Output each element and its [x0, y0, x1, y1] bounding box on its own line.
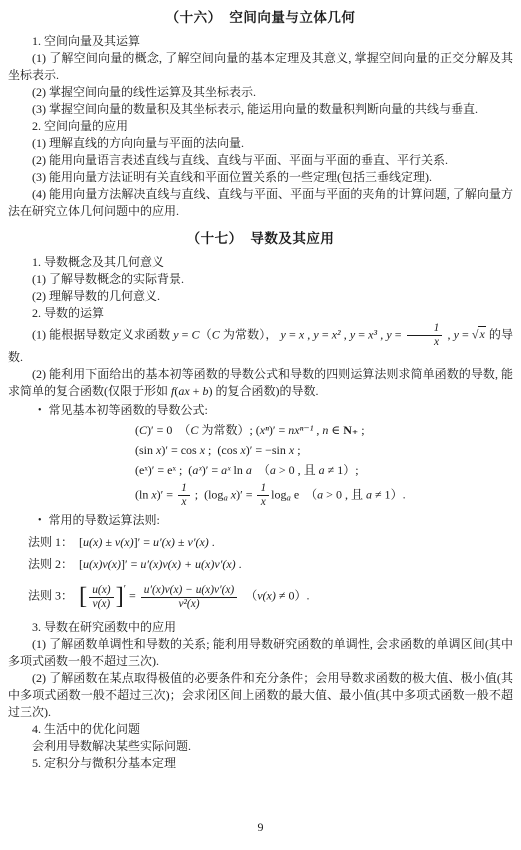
formula-line-exp: (eˣ)′ = eˣ ; (aˣ)′ = aˣ ln a （a > 0 , 且 …: [135, 462, 513, 479]
s17-para-5: 3. 导数在研究函数中的应用: [8, 619, 513, 636]
bullet-item-derivative-rules: •常用的导数运算法则:: [8, 512, 513, 529]
s16-para-3: (2) 掌握空间向量的线性运算及其坐标表示.: [8, 84, 513, 101]
s17-para-6: (1) 了解函数单调性和导数的关系; 能利用导数研究函数的单调性, 会求函数的单…: [8, 636, 513, 670]
s17-para-8: 4. 生活中的优化问题: [8, 721, 513, 738]
formula-line-sin-cos: (sin x)′ = cos x ; (cos x)′ = −sin x ;: [135, 442, 513, 459]
s17-para-3: (2) 理解导数的几何意义.: [8, 288, 513, 305]
bullet-label: 常用的导数运算法则:: [49, 513, 160, 527]
s16-para-8: (3) 能用向量方法证明有关直线和平面位置关系的一些定理(包括三垂线定理).: [8, 169, 513, 186]
s17-formula-intro-para: (2) 能利用下面给出的基本初等函数的导数公式和导数的四则运算法则求简单函数的导…: [8, 366, 513, 400]
s16-para-2: (1) 了解空间向量的概念, 了解空间向量的基本定理及其意义, 掌握空间向量的正…: [8, 50, 513, 84]
section-16-title: （十六） 空间向量与立体几何: [8, 9, 513, 26]
s17-para-9: 会利用导数解决某些实际问题.: [8, 738, 513, 755]
s16-para-6: (1) 理解直线的方向向量与平面的法向量.: [8, 135, 513, 152]
s17-para-7: (2) 了解函数在某点取得极值的必要条件和充分条件；会用导数求函数的极大值、极小…: [8, 670, 513, 721]
bullet-icon: •: [38, 515, 42, 526]
derivative-formula-block: (C)′ = 0 （C 为常数）; (xⁿ)′ = nxⁿ⁻¹ , n ∈ N₊…: [8, 422, 513, 509]
s16-para-1: 1. 空间向量及其运算: [8, 33, 513, 50]
bullet-icon: •: [38, 405, 42, 416]
rule-line-3: 法则 3： [u(x)v(x)]′ = u′(x)v(x) − u(x)v′(x…: [28, 581, 513, 611]
s16-para-4: (3) 掌握空间向量的数量积及其坐标表示, 能运用向量的数量积判断向量的共线与垂…: [8, 101, 513, 118]
page-number: 9: [0, 819, 521, 836]
bullet-item-basic-formulas: •常见基本初等函数的导数公式:: [8, 402, 513, 419]
s17-para-4: 2. 导数的运算: [8, 305, 513, 322]
s16-para-5: 2. 空间向量的应用: [8, 118, 513, 135]
document-page: （十六） 空间向量与立体几何 1. 空间向量及其运算 (1) 了解空间向量的概念…: [0, 0, 521, 850]
s17-para-2: (1) 了解导数概念的实际背景.: [8, 271, 513, 288]
s16-para-9: (4) 能用向量方法解决直线与直线、直线与平面、平面与平面的夹角的计算问题, 了…: [8, 186, 513, 220]
s17-derivative-definition-para: (1) 能根据导数定义求函数 y = C（C 为常数）， y = x , y =…: [8, 322, 513, 366]
s16-para-7: (2) 能用向量语言表述直线与直线、直线与平面、平面与平面的垂直、平行关系.: [8, 152, 513, 169]
s17-para-1: 1. 导数概念及其几何意义: [8, 254, 513, 271]
rule-line-1: 法则 1： [u(x) ± v(x)]′ = u′(x) ± v′(x) .: [28, 534, 513, 551]
section-17-title: （十七） 导数及其应用: [8, 230, 513, 247]
formula-line-log: (ln x)′ = 1x ; (loga x)′ = 1xloga e （a >…: [135, 482, 513, 509]
s17-para-10: 5. 定积分与微积分基本定理: [8, 755, 513, 772]
bullet-label: 常见基本初等函数的导数公式:: [49, 403, 208, 417]
derivative-rules-block: 法则 1： [u(x) ± v(x)]′ = u′(x) ± v′(x) . 法…: [8, 534, 513, 611]
rule-line-2: 法则 2： [u(x)v(x)]′ = u′(x)v(x) + u(x)v′(x…: [28, 556, 513, 573]
formula-line-constant-power: (C)′ = 0 （C 为常数）; (xⁿ)′ = nxⁿ⁻¹ , n ∈ N₊…: [135, 422, 513, 439]
